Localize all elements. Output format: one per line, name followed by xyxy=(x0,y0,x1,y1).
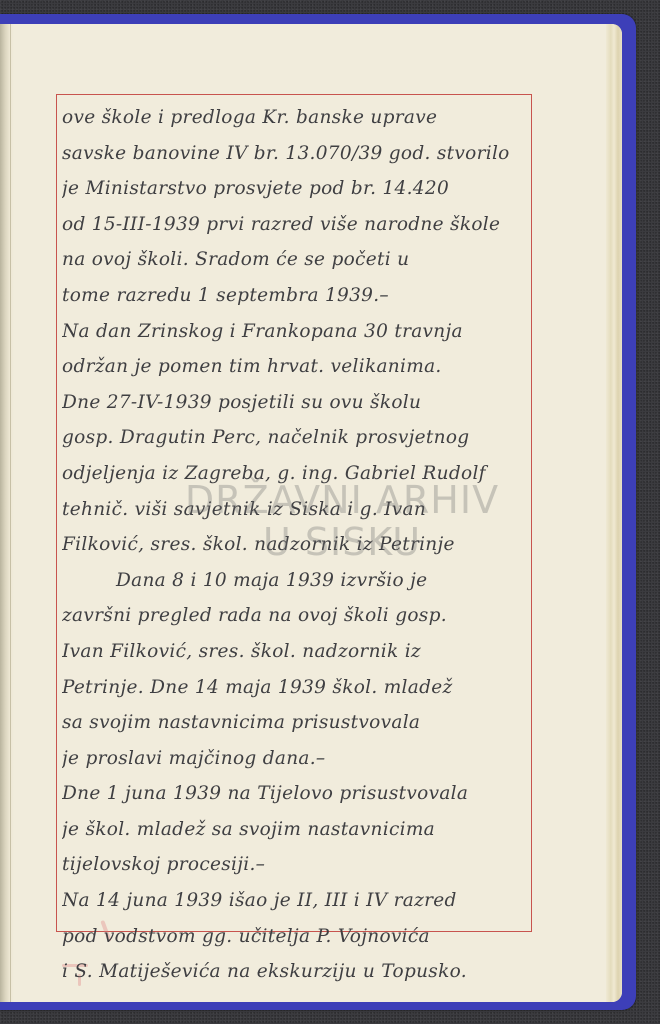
text-line: Petrinje. Dne 14 maja 1939 škol. mladež xyxy=(62,670,532,706)
text-line: Ivan Filković, sres. škol. nadzornik iz xyxy=(62,634,532,670)
text-line: Filković, sres. škol. nadzornik iz Petri… xyxy=(62,527,532,563)
text-line: pod vodstvom gg. učitelja P. Vojnovića xyxy=(62,919,532,955)
text-line: Dne 27-IV-1939 posjetili su ovu školu xyxy=(62,385,532,421)
text-line: tehnič. viši savjetnik iz Siska i g. Iva… xyxy=(62,492,532,528)
text-line: završni pregled rada na ovoj školi gosp. xyxy=(62,598,532,634)
text-line: na ovoj školi. Sradom će se početi u xyxy=(62,242,532,278)
page-edges xyxy=(606,24,622,1002)
text-line: tijelovskoj procesiji.– xyxy=(62,847,532,883)
handwritten-text: ove škole i predloga Kr. banske uprave s… xyxy=(62,100,532,990)
text-line: Dne 1 juna 1939 na Tijelovo prisustvoval… xyxy=(62,776,532,812)
text-line: Na 14 juna 1939 išao je II, III i IV raz… xyxy=(62,883,532,919)
text-line: je proslavi majčinog dana.– xyxy=(62,741,532,777)
text-line: gosp. Dragutin Perc, načelnik prosvjetno… xyxy=(62,420,532,456)
spine-fold xyxy=(10,24,11,1002)
text-line: ove škole i predloga Kr. banske uprave xyxy=(62,100,532,136)
text-line: savske banovine IV br. 13.070/39 god. st… xyxy=(62,136,532,172)
text-line: Na dan Zrinskog i Frankopana 30 travnja xyxy=(62,314,532,350)
text-line: Dana 8 i 10 maja 1939 izvršio je xyxy=(62,563,532,599)
spine-shadow xyxy=(0,24,14,1002)
text-line: odjeljenja iz Zagreba, g. ing. Gabriel R… xyxy=(62,456,532,492)
text-line: sa svojim nastavnicima prisustvovala xyxy=(62,705,532,741)
text-line: je Ministarstvo prosvjete pod br. 14.420 xyxy=(62,171,532,207)
text-line: od 15-III-1939 prvi razred više narodne … xyxy=(62,207,532,243)
text-line: je škol. mladež sa svojim nastavnicima xyxy=(62,812,532,848)
text-line: održan je pomen tim hrvat. velikanima. xyxy=(62,349,532,385)
text-line: i S. Matiješevića na ekskurziju u Topusk… xyxy=(62,954,532,990)
text-line: tome razredu 1 septembra 1939.– xyxy=(62,278,532,314)
